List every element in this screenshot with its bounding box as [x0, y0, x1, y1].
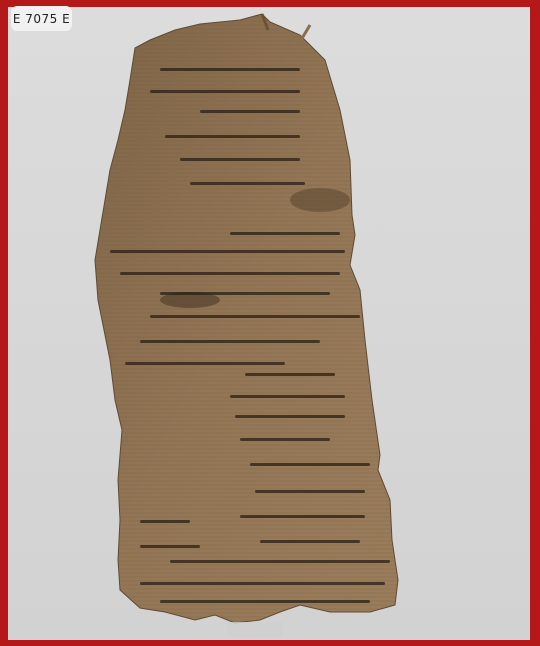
- papyrus-fragment: [0, 0, 540, 646]
- mounting-tag: [227, 622, 283, 638]
